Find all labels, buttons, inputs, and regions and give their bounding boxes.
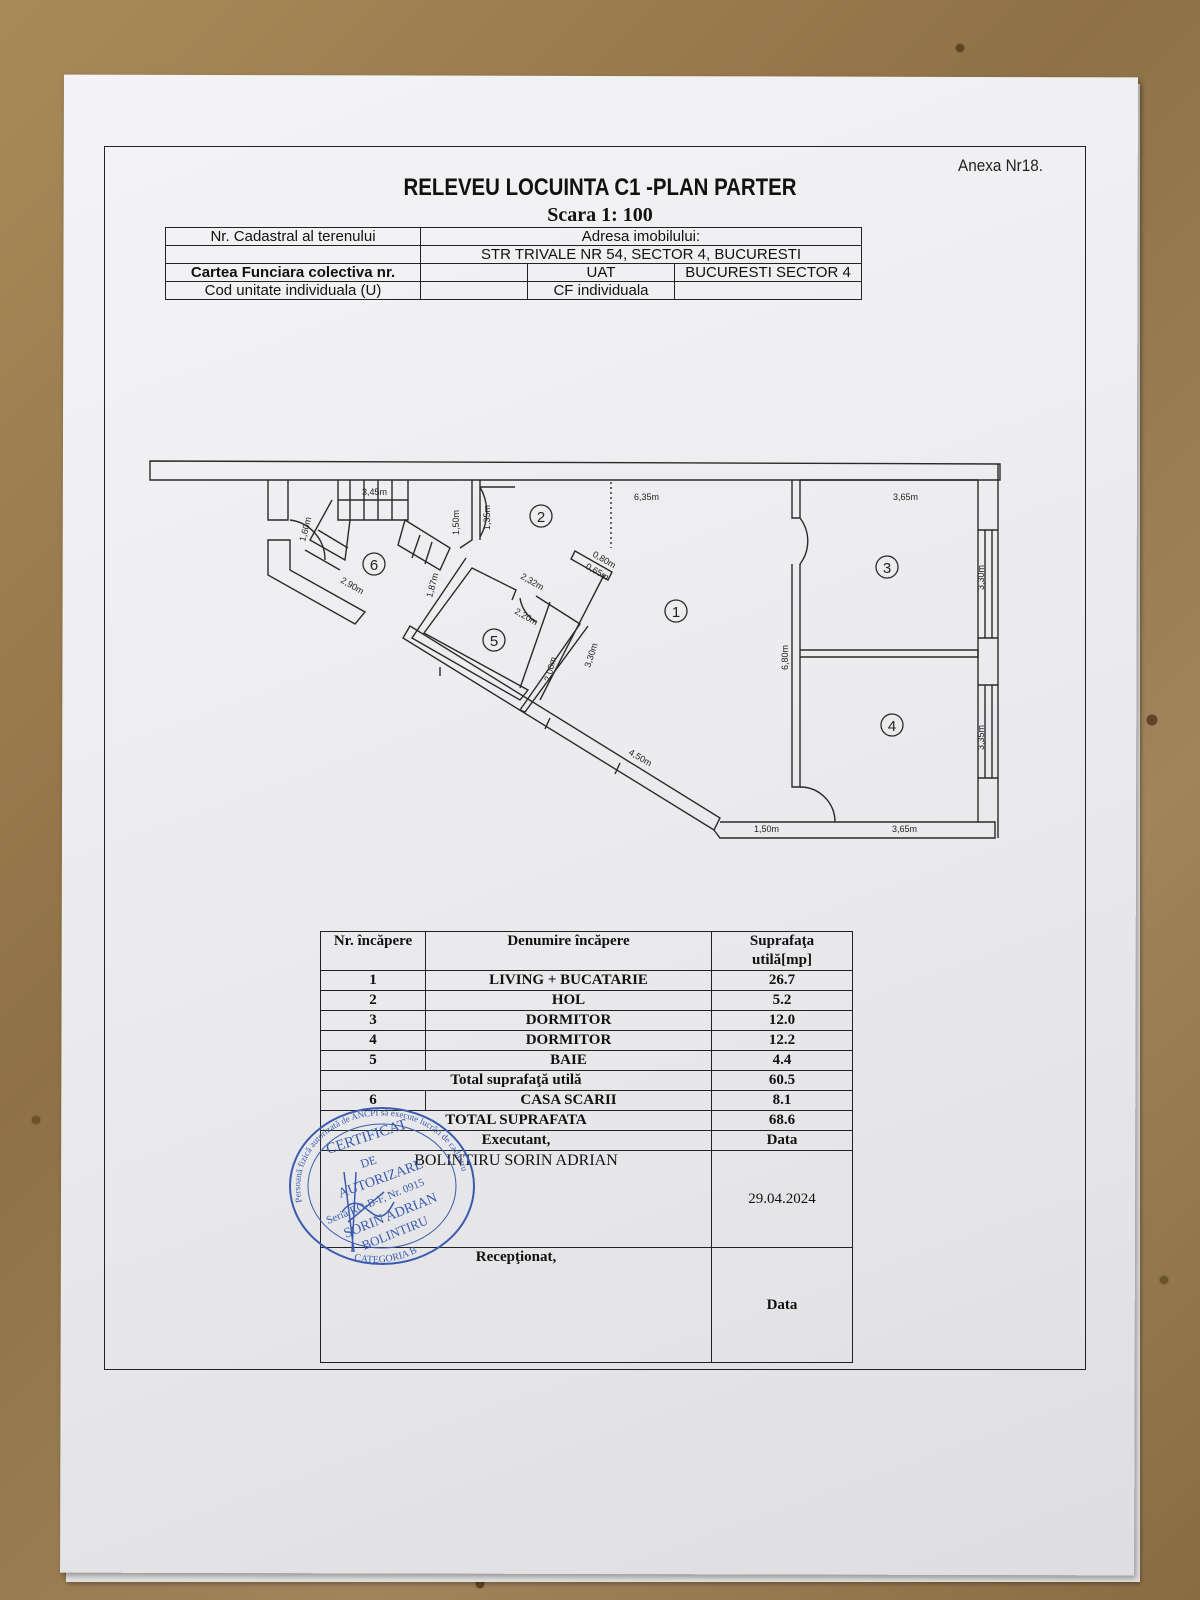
- row-name: HOL: [426, 991, 712, 1011]
- row-area: 5.2: [712, 991, 853, 1011]
- table-row: 2HOL5.2: [321, 991, 853, 1011]
- row-name: BAIE: [426, 1051, 712, 1071]
- dim-bath-wall: 3,30m: [582, 642, 599, 669]
- table-row: 5BAIE4.4: [321, 1051, 853, 1071]
- header-name: Denumire încăpere: [426, 932, 712, 971]
- room-label-3: 3: [883, 560, 891, 577]
- dim-living-top: 6,35m: [634, 492, 659, 502]
- dim-stair-diag: 2,90m: [339, 575, 366, 596]
- row-area: 4.4: [712, 1051, 853, 1071]
- dim-facade-diag: 4,50m: [627, 747, 654, 768]
- dim-room4-width: 3,65m: [892, 824, 917, 834]
- dim-stair-side: 1,87m: [424, 572, 440, 599]
- stamp-line2: DE: [359, 1153, 379, 1171]
- receptionat-data-label: Data: [712, 1248, 853, 1363]
- room-label-5: 5: [490, 633, 498, 650]
- header-area: Suprafaţa utilă[mp]: [712, 932, 853, 971]
- stamp-outer-text: Persoană fizică autorizată de ANCPI să e…: [292, 1107, 470, 1203]
- room-label-6: 6: [370, 557, 378, 574]
- row-area: 26.7: [712, 971, 853, 991]
- row-name: DORMITOR: [426, 1011, 712, 1031]
- row-area: 12.2: [712, 1031, 853, 1051]
- row-area: 8.1: [712, 1091, 853, 1111]
- dim-room3-width: 3,65m: [893, 492, 918, 502]
- executant-date: 29.04.2024: [712, 1151, 853, 1248]
- table-row: 1LIVING + BUCATARIE26.7: [321, 971, 853, 991]
- row-name: LIVING + BUCATARIE: [426, 971, 712, 991]
- row-nr: 3: [321, 1011, 426, 1031]
- dim-living-height: 6,80m: [780, 645, 790, 670]
- dim-corridor-2: 1,35m: [482, 505, 492, 530]
- row-area: 12.0: [712, 1011, 853, 1031]
- total-value: 68.6: [712, 1111, 853, 1131]
- row-name: DORMITOR: [426, 1031, 712, 1051]
- dim-bath-door: 2,20m: [513, 606, 540, 627]
- room-label-1: 1: [672, 604, 680, 621]
- header-nr: Nr. încăpere: [321, 932, 426, 971]
- dim-room3-height: 3,30m: [976, 565, 986, 590]
- dim-bath-top: 2,32m: [519, 571, 546, 592]
- dim-room4-height: 3,35m: [976, 725, 986, 750]
- executant-data-label: Data: [712, 1131, 853, 1151]
- header-area-line1: Suprafaţa: [712, 932, 852, 951]
- floor-plan: 6 2 3 4 5 1 3,45m 1,60m 2,90m 1,87m 1,50…: [0, 0, 1200, 900]
- room-label-4: 4: [888, 718, 896, 735]
- total-useful-row: Total suprafaţă utilă 60.5: [321, 1071, 853, 1091]
- total-useful-label: Total suprafaţă utilă: [321, 1071, 712, 1091]
- room-label-2: 2: [537, 509, 545, 526]
- dim-stairs: 3,45m: [362, 487, 387, 497]
- dim-entry: 1,50m: [754, 824, 779, 834]
- header-area-line2: utilă[mp]: [712, 951, 852, 970]
- authorization-stamp: Persoană fizică autorizată de ANCPI să e…: [284, 1102, 480, 1268]
- row-nr: 1: [321, 971, 426, 991]
- dim-corridor-1: 1,50m: [451, 510, 461, 535]
- table-row: 4DORMITOR12.2: [321, 1031, 853, 1051]
- table-row: 3DORMITOR12.0: [321, 1011, 853, 1031]
- svg-text:Persoană fizică autorizată de: Persoană fizică autorizată de ANCPI să e…: [292, 1107, 470, 1203]
- total-useful-value: 60.5: [712, 1071, 853, 1091]
- row-nr: 4: [321, 1031, 426, 1051]
- row-nr: 5: [321, 1051, 426, 1071]
- row-nr: 2: [321, 991, 426, 1011]
